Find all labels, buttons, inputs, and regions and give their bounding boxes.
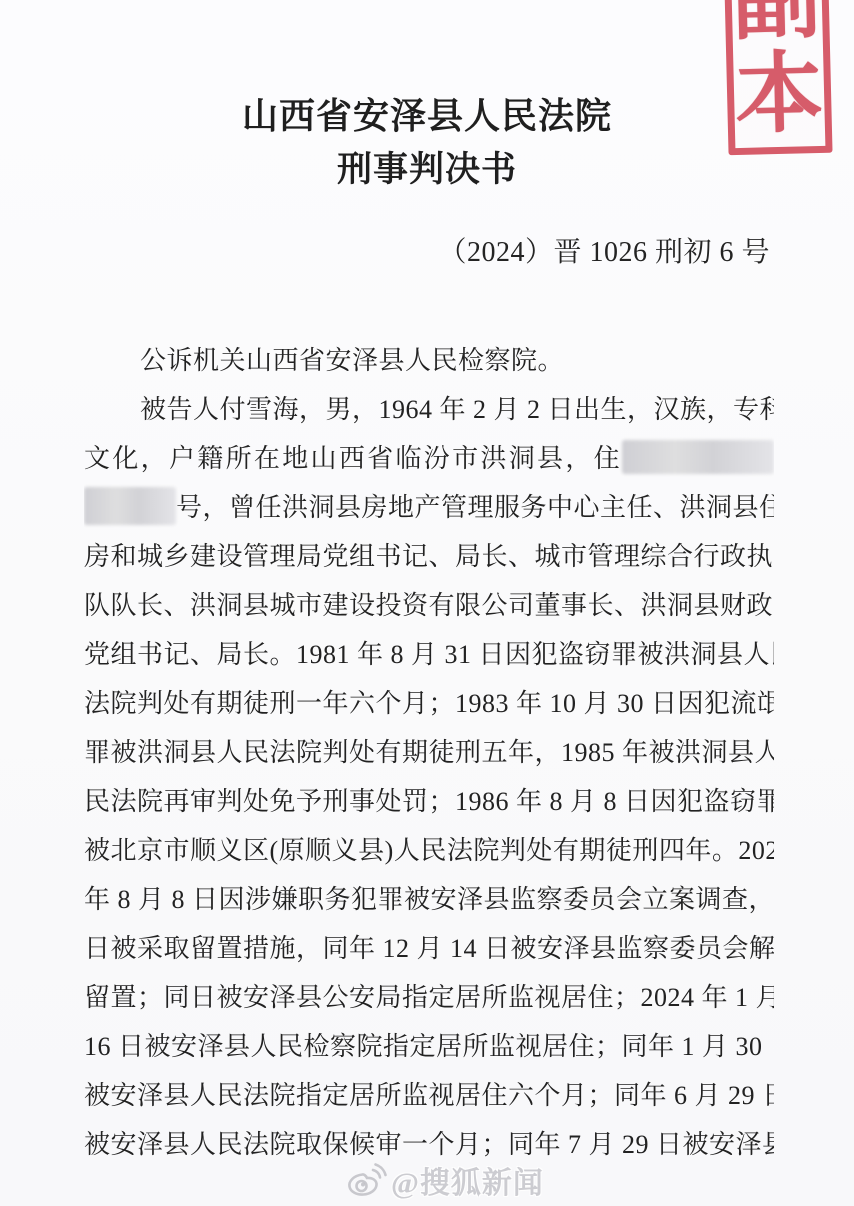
line-text: 文化，户籍所在地山西省临汾市洪洞县，住 — [84, 444, 622, 473]
document-text-line: 民法院再审判处免予刑事处罚；1986 年 8 月 8 日因犯盗窃罪 — [84, 777, 774, 826]
document-text-line: 队队长、洪洞县城市建设投资有限公司董事长、洪洞县财政局 — [84, 581, 774, 630]
line-text: 被北京市顺义区(原顺义县)人民法院判处有期徒刑四年。2023 — [84, 836, 774, 865]
line-text: 党组书记、局长。1981 年 8 月 31 日因犯盗窃罪被洪洞县人民 — [84, 640, 774, 669]
line-text: 被安泽县人民法院取保候审一个月；同年 7 月 29 日被安泽县 — [84, 1130, 774, 1159]
document-page: 副 本 山西省安泽县人民法院 刑事判决书 （2024）晋 1026 刑初 6 号… — [0, 0, 854, 1206]
document-text-line: 文化，户籍所在地山西省临汾市洪洞县，住 — [84, 434, 774, 483]
document-text-line: 罪被洪洞县人民法院判处有期徒刑五年，1985 年被洪洞县人 — [84, 728, 774, 777]
court-name-title: 山西省安泽县人民法院 — [0, 88, 854, 139]
news-watermark: @搜狐新闻 — [346, 1158, 544, 1202]
line-text: 留置；同日被安泽县公安局指定居所监视居住；2024 年 1 月 — [84, 983, 774, 1012]
line-text: 被告人付雪海，男，1964 年 2 月 2 日出生，汉族，专科 — [140, 395, 774, 424]
watermark-handle: @搜狐新闻 — [391, 1158, 544, 1202]
line-text: 法院判处有期徒刑一年六个月；1983 年 10 月 30 日因犯流氓 — [84, 689, 774, 718]
line-text: 公诉机关山西省安泽县人民检察院。 — [140, 346, 564, 375]
document-text-line: 被告人付雪海，男，1964 年 2 月 2 日出生，汉族，专科 — [84, 385, 774, 434]
line-text: 房和城乡建设管理局党组书记、局长、城市管理综合行政执法 — [84, 542, 774, 571]
document-text-line: 法院判处有期徒刑一年六个月；1983 年 10 月 30 日因犯流氓 — [84, 679, 774, 728]
document-type-title: 刑事判决书 — [0, 142, 854, 192]
document-text-line: 16 日被安泽县人民检察院指定居所监视居住；同年 1 月 30 日 — [84, 1022, 774, 1071]
line-text: 罪被洪洞县人民法院判处有期徒刑五年，1985 年被洪洞县人 — [84, 738, 774, 767]
weibo-icon — [346, 1162, 388, 1198]
line-text: 被安泽县人民法院指定居所监视居住六个月；同年 6 月 29 日 — [84, 1081, 774, 1110]
document-text-line: 公诉机关山西省安泽县人民检察院。 — [84, 336, 774, 385]
document-text-line: 日被采取留置措施，同年 12 月 14 日被安泽县监察委员会解除 — [84, 924, 774, 973]
redacted-text-block — [622, 440, 774, 474]
line-text: 年 8 月 8 日因涉嫌职务犯罪被安泽县监察委员会立案调查，同 — [84, 885, 774, 914]
line-text: 日被采取留置措施，同年 12 月 14 日被安泽县监察委员会解除 — [84, 934, 774, 963]
redacted-text-block — [84, 487, 176, 525]
line-text: 民法院再审判处免予刑事处罚；1986 年 8 月 8 日因犯盗窃罪 — [84, 787, 774, 816]
document-text-line: 被北京市顺义区(原顺义县)人民法院判处有期徒刑四年。2023 — [84, 826, 774, 875]
stamp-character-top: 副 — [732, 0, 822, 47]
judgment-body-text: 公诉机关山西省安泽县人民检察院。被告人付雪海，男，1964 年 2 月 2 日出… — [84, 336, 774, 1169]
document-text-line: 号，曾任洪洞县房地产管理服务中心主任、洪洞县住 — [84, 483, 774, 532]
document-text-line: 房和城乡建设管理局党组书记、局长、城市管理综合行政执法 — [84, 532, 774, 581]
document-text-line: 年 8 月 8 日因涉嫌职务犯罪被安泽县监察委员会立案调查，同 — [84, 875, 774, 924]
line-text: 队队长、洪洞县城市建设投资有限公司董事长、洪洞县财政局 — [84, 591, 774, 620]
line-text: 号，曾任洪洞县房地产管理服务中心主任、洪洞县住 — [176, 493, 774, 522]
document-text-line: 留置；同日被安泽县公安局指定居所监视居住；2024 年 1 月 — [84, 973, 774, 1022]
document-text-line: 党组书记、局长。1981 年 8 月 31 日因犯盗窃罪被洪洞县人民 — [84, 630, 774, 679]
line-text: 16 日被安泽县人民检察院指定居所监视居住；同年 1 月 30 日 — [84, 1032, 774, 1061]
case-number: （2024）晋 1026 刑初 6 号 — [438, 230, 770, 270]
document-text-line: 被安泽县人民法院指定居所监视居住六个月；同年 6 月 29 日 — [84, 1071, 774, 1120]
